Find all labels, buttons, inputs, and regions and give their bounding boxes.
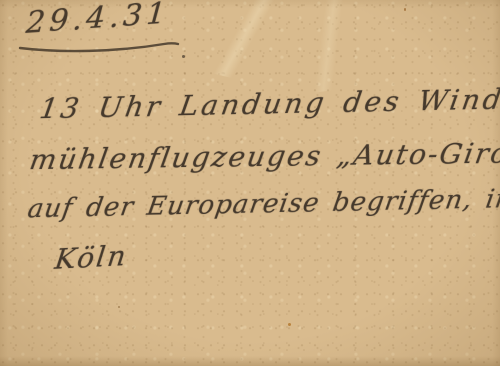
handwritten-line-3: auf der Europareise begriffen, in [26, 184, 500, 224]
handwritten-line-2: mühlenflugzeuges „Auto-Giro“ [27, 136, 500, 176]
paper-crease [200, 0, 290, 87]
paper-speck [404, 8, 406, 11]
date-underline [16, 40, 186, 58]
paper-speck [118, 306, 120, 308]
pencil-dot [182, 55, 185, 58]
paper-speck [288, 323, 291, 326]
handwritten-line-4: Köln [53, 239, 130, 276]
note-card: 29.4.31 13 Uhr Landung des Wind= mühlenf… [0, 0, 500, 366]
handwritten-line-1: 13 Uhr Landung des Wind= [37, 82, 500, 125]
date: 29.4.31 [25, 0, 171, 41]
paper-crease [293, 0, 368, 94]
